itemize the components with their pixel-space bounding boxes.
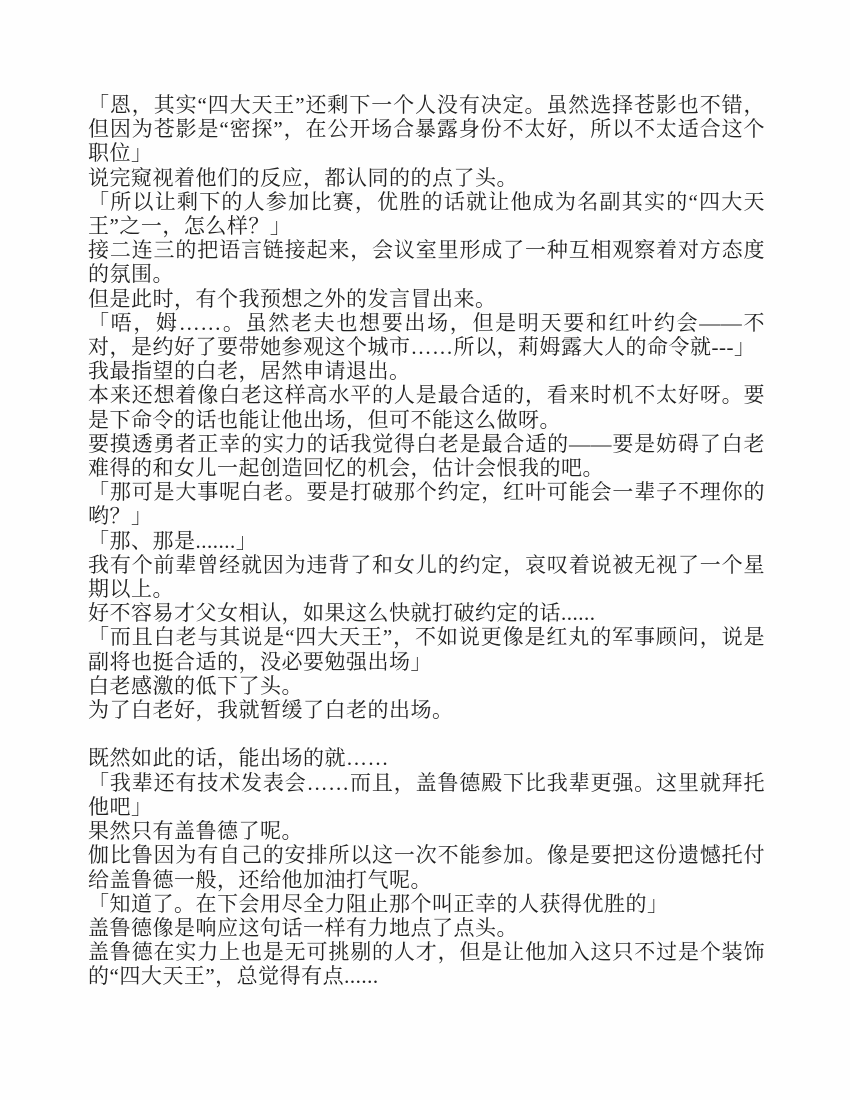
paragraph: 盖鲁德像是响应这句话一样有力地点了点头。 <box>88 916 765 940</box>
paragraph: 「恩，其实“四大天王”还剩下一个人没有决定。虽然选择苍影也不错，但因为苍影是“密… <box>88 93 765 166</box>
paragraph: 为了白老好，我就暂缓了白老的出场。 <box>88 698 765 722</box>
paragraph: 说完窥视着他们的反应，都认同的的点了头。 <box>88 166 765 190</box>
paragraph: 果然只有盖鲁德了呢。 <box>88 819 765 843</box>
paragraph: 好不容易才父女相认，如果这么快就打破约定的话...... <box>88 601 765 625</box>
paragraph: 但是此时，有个我预想之外的发言冒出来。 <box>88 287 765 311</box>
paragraph: 盖鲁德在实力上也是无可挑剔的人才，但是让他加入这只不过是个装饰的“四大天王”，总… <box>88 940 765 988</box>
paragraph: 「知道了。在下会用尽全力阻止那个叫正幸的人获得优胜的」 <box>88 892 765 916</box>
paragraph: 「唔，姆……。虽然老夫也想要出场，但是明天要和红叶约会——不对，是约好了要带她参… <box>88 311 765 359</box>
paragraph: 我有个前辈曾经就因为违背了和女儿的约定，哀叹着说被无视了一个星期以上。 <box>88 553 765 601</box>
paragraph: 伽比鲁因为有自己的安排所以这一次不能参加。像是要把这份遗憾托付给盖鲁德一般，还给… <box>88 843 765 891</box>
paragraph: 接二连三的把语言链接起来，会议室里形成了一种互相观察着对方态度的氛围。 <box>88 238 765 286</box>
novel-page: 「恩，其实“四大天王”还剩下一个人没有决定。虽然选择苍影也不错，但因为苍影是“密… <box>0 0 850 1100</box>
novel-text-body: 「恩，其实“四大天王”还剩下一个人没有决定。虽然选择苍影也不错，但因为苍影是“密… <box>88 93 765 989</box>
paragraph: 「那、那是.......」 <box>88 529 765 553</box>
paragraph: 「而且白老与其说是“四大天王”，不如说更像是红丸的军事顾问，说是副将也挺合适的，… <box>88 625 765 673</box>
paragraph: 「那可是大事呢白老。要是打破那个约定，红叶可能会一辈子不理你的哟？」 <box>88 480 765 528</box>
paragraph: 要摸透勇者正幸的实力的话我觉得白老是最合适的——要是妨碍了白老难得的和女儿一起创… <box>88 432 765 480</box>
paragraph: 白老感激的低下了头。 <box>88 674 765 698</box>
paragraph: 「所以让剩下的人参加比赛，优胜的话就让他成为名副其实的“四大天王”之一，怎么样？… <box>88 190 765 238</box>
blank-line <box>88 722 765 746</box>
paragraph: 本来还想着像白老这样高水平的人是最合适的，看来时机不太好呀。要是下命令的话也能让… <box>88 383 765 431</box>
paragraph: 我最指望的白老，居然申请退出。 <box>88 359 765 383</box>
paragraph: 既然如此的话，能出场的就…… <box>88 746 765 770</box>
paragraph: 「我辈还有技术发表会……而且，盖鲁德殿下比我辈更强。这里就拜托他吧」 <box>88 771 765 819</box>
